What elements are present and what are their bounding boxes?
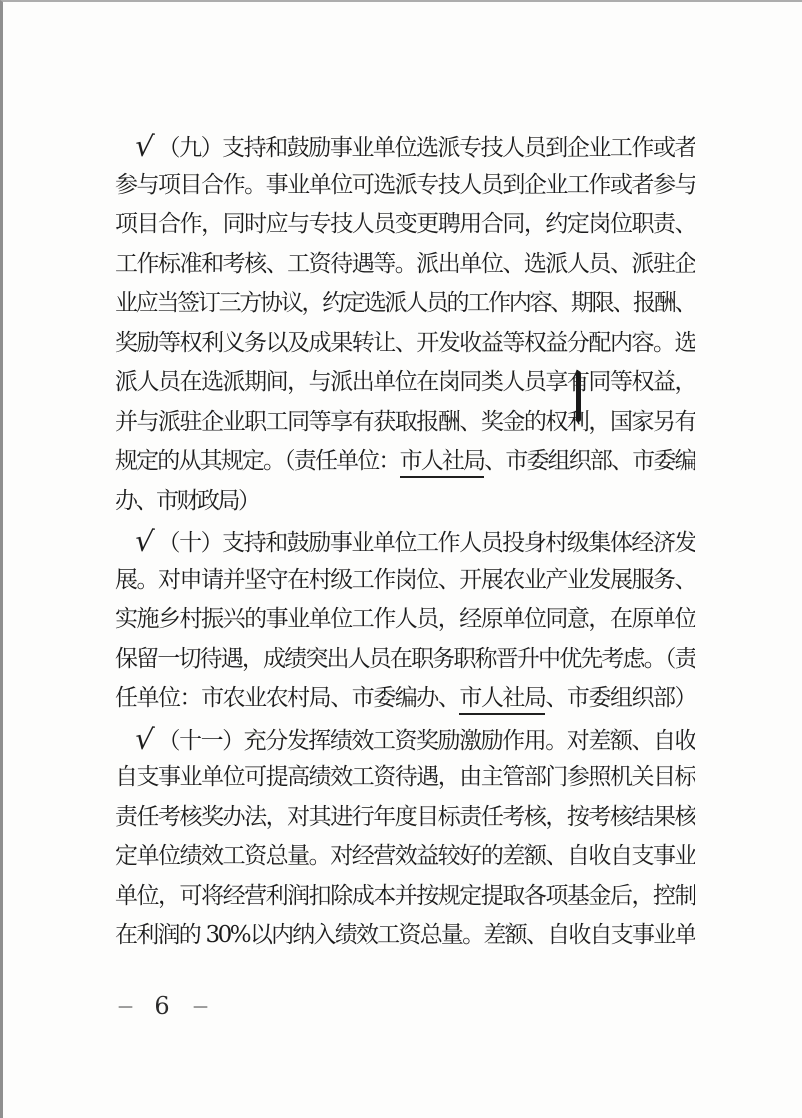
text-segment: 、市委组织部、市委编 bbox=[484, 448, 695, 474]
checkmark-icon: √ bbox=[133, 126, 156, 165]
underlined-agency-name: 市人社局 bbox=[400, 448, 485, 478]
text-line: 工作标准和考核、工资待遇等。派出单位、选派人员、派驻企 bbox=[115, 245, 695, 285]
paragraph-9-first-line: （九）支持和鼓励事业单位选派专技人员到企业工作或者 bbox=[156, 135, 695, 161]
text-segment: 任单位：市农业农村局、市委编办、 bbox=[115, 685, 459, 711]
text-line: 办、市财政局） bbox=[115, 482, 695, 522]
checkmark-icon: √ bbox=[133, 719, 156, 758]
text-line: 实施乡村振兴的事业单位工作人员，经原单位同意，在原单位 bbox=[115, 600, 695, 640]
document-page: √（九）支持和鼓励事业单位选派专技人员到企业工作或者 参与项目合作。事业单位可选… bbox=[0, 0, 802, 1118]
page-number-dash-right: — bbox=[193, 997, 206, 1015]
text-line: 业应当签订三方协议，约定选派人员的工作内容、期限、报酬、 bbox=[115, 284, 695, 324]
text-line: 在利润的 30%以内纳入绩效工资总量。差额、自收自支事业单 bbox=[115, 916, 695, 956]
text-line: 规定的从其规定。（责任单位：市人社局、市委组织部、市委编 bbox=[115, 442, 695, 482]
text-line: 责任考核奖办法，对其进行年度目标责任考核，按考核结果核 bbox=[115, 798, 695, 838]
text-line: 保留一切待遇，成绩突出人员在职务职称晋升中优先考虑。（责 bbox=[115, 640, 695, 680]
paragraph-10-first-line: （十）支持和鼓励事业单位工作人员投身村级集体经济发 bbox=[156, 530, 695, 556]
text-line: 定单位绩效工资总量。对经营效益较好的差额、自收自支事业 bbox=[115, 837, 695, 877]
page-number: — 6 — bbox=[118, 992, 206, 1020]
paragraph-11-first-line: （十一）充分发挥绩效工资奖励激励作用。对差额、自收 bbox=[156, 728, 695, 754]
text-line: √（十一）充分发挥绩效工资奖励激励作用。对差额、自收 bbox=[115, 719, 695, 759]
text-line: √（九）支持和鼓励事业单位选派专技人员到企业工作或者 bbox=[115, 126, 695, 166]
page-number-dash-left: — bbox=[118, 997, 131, 1015]
text-line: 单位，可将经营利润扣除成本并按规定提取各项基金后，控制 bbox=[115, 877, 695, 917]
text-line: √（十）支持和鼓励事业单位工作人员投身村级集体经济发 bbox=[115, 521, 695, 561]
text-line: 任单位：市农业农村局、市委编办、市人社局、市委组织部） bbox=[115, 679, 695, 719]
text-segment: 规定的从其规定。（责任单位： bbox=[115, 448, 400, 474]
text-line: 项目合作，同时应与专技人员变更聘用合同，约定岗位职责、 bbox=[115, 205, 695, 245]
scan-fold-mark bbox=[576, 371, 581, 422]
document-body: √（九）支持和鼓励事业单位选派专技人员到企业工作或者 参与项目合作。事业单位可选… bbox=[115, 126, 695, 956]
text-segment: 、市委组织部） bbox=[545, 685, 695, 711]
text-line: 展。对申请并坚守在村级工作岗位、开展农业产业发展服务、 bbox=[115, 561, 695, 601]
underlined-agency-name: 市人社局 bbox=[459, 685, 545, 715]
checkmark-icon: √ bbox=[133, 521, 156, 560]
text-line: 自支事业单位可提高绩效工资待遇，由主管部门参照机关目标 bbox=[115, 758, 695, 798]
page-number-value: 6 bbox=[154, 992, 169, 1020]
text-line: 并与派驻企业职工同等享有获取报酬、奖金的权利，国家另有 bbox=[115, 403, 695, 443]
text-line: 奖励等权利义务以及成果转让、开发收益等权益分配内容。选 bbox=[115, 324, 695, 364]
text-line: 派人员在选派期间，与派出单位在岗同类人员享有同等权益， bbox=[115, 363, 695, 403]
text-line: 参与项目合作。事业单位可选派专技人员到企业工作或者参与 bbox=[115, 166, 695, 206]
